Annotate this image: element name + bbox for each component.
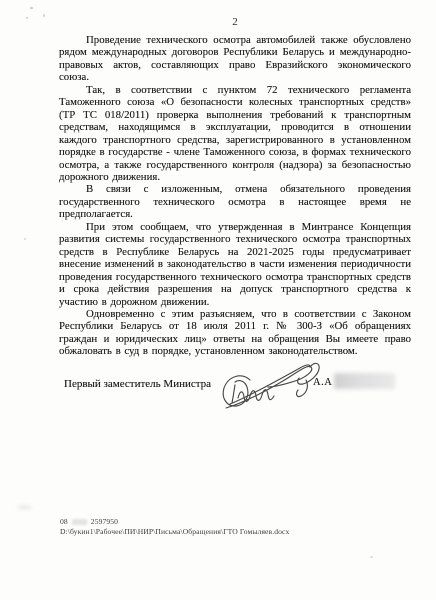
paragraph-2: Так, в соответствии с пунктом 72 техниче… — [59, 84, 411, 184]
signer-initials: А.А — [313, 377, 332, 388]
paragraph-5: Одновременно с этим разъясняем, что в со… — [59, 308, 411, 358]
letter-body: Проведение технического осмотра автомоби… — [59, 34, 411, 358]
handwritten-signature-icon — [220, 358, 322, 416]
footer: 082597950 D:\букин1\Рабочее\ПИ\НИР\Письм… — [60, 517, 289, 536]
scan-speck — [24, 238, 26, 240]
paragraph-1: Проведение технического осмотра автомоби… — [59, 34, 411, 84]
footer-file-path: D:\букин1\Рабочее\ПИ\НИР\Письма\Обращени… — [60, 527, 289, 537]
signature-block: Первый заместитель Министра А.А — [0, 356, 436, 418]
paragraph-3: В связи с изложенным, отмена обязательно… — [59, 183, 411, 220]
scan-speck — [370, 556, 373, 558]
paragraph-4: При этом сообщаем, что утвержденная в Ми… — [59, 221, 411, 308]
footer-smudge-blur — [72, 519, 87, 525]
scan-smear — [17, 505, 32, 510]
footer-code: 08 — [60, 517, 68, 526]
redacted-surname-blur — [334, 373, 395, 389]
signer-title: Первый заместитель Министра — [64, 378, 211, 390]
scan-speck — [26, 17, 28, 19]
scan-speck — [43, 14, 45, 17]
scanned-letter-page: 2 Проведение технического осмотра автомо… — [0, 0, 436, 600]
footer-number: 2597950 — [91, 517, 118, 526]
page-number: 2 — [59, 16, 411, 28]
scan-speck — [30, 7, 33, 9]
footer-line-1: 082597950 — [60, 517, 289, 527]
